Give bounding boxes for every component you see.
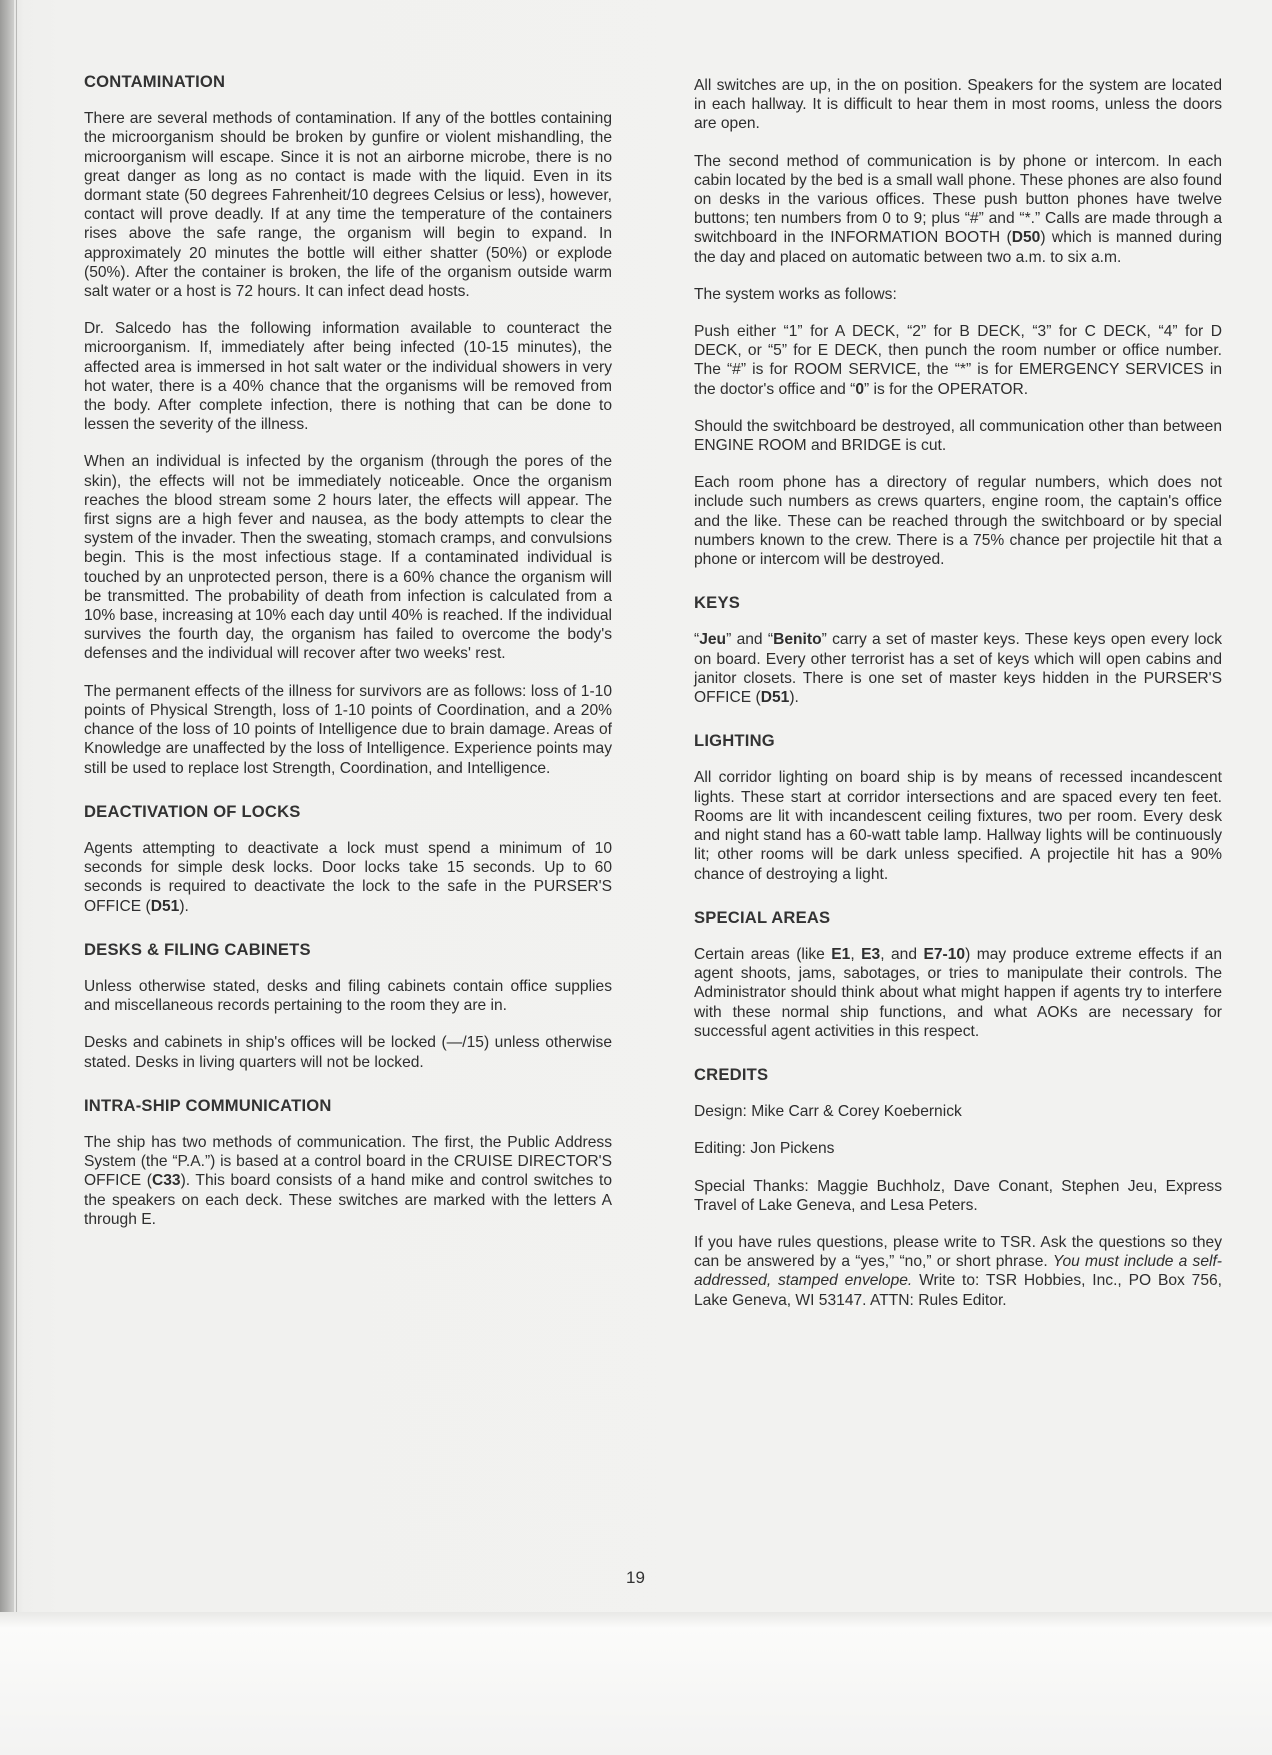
- heading-lighting: LIGHTING: [694, 731, 1222, 750]
- credit-editing: Editing: Jon Pickens: [694, 1139, 1222, 1158]
- page-number: 19: [626, 1568, 645, 1588]
- heading-special-areas: SPECIAL AREAS: [694, 908, 1222, 927]
- text: ).: [789, 689, 799, 706]
- room-code: E1: [831, 946, 850, 963]
- section-credits: CREDITS Design: Mike Carr & Corey Koeber…: [694, 1065, 1222, 1310]
- heading-keys: KEYS: [694, 593, 1222, 612]
- text: ,: [850, 946, 861, 963]
- text: ).: [179, 898, 189, 915]
- paragraph: Desks and cabinets in ship's offices wil…: [84, 1033, 612, 1071]
- character-name: Jeu: [699, 631, 726, 648]
- paragraph: Should the switchboard be destroyed, all…: [694, 417, 1222, 455]
- section-special-areas: SPECIAL AREAS Certain areas (like E1, E3…: [694, 908, 1222, 1041]
- room-code: D50: [1012, 229, 1041, 246]
- left-column: CONTAMINATION There are several methods …: [84, 72, 612, 1253]
- section-contamination: CONTAMINATION There are several methods …: [84, 72, 612, 778]
- credit-design: Design: Mike Carr & Corey Koebernick: [694, 1102, 1222, 1121]
- section-deactivation-of-locks: DEACTIVATION OF LOCKS Agents attempting …: [84, 802, 612, 916]
- paragraph: The system works as follows:: [694, 285, 1222, 304]
- room-code: E7-10: [923, 946, 965, 963]
- heading-intra-ship-communication: INTRA-SHIP COMMUNICATION: [84, 1096, 612, 1115]
- text: ” is for the OPERATOR.: [864, 381, 1028, 398]
- paragraph: All switches are up, in the on position.…: [694, 76, 1222, 134]
- paragraph: Agents attempting to deactivate a lock m…: [84, 839, 612, 916]
- text: ” and “: [726, 631, 773, 648]
- operator-key: 0: [855, 381, 864, 398]
- paragraph: The ship has two methods of communicatio…: [84, 1133, 612, 1229]
- heading-contamination: CONTAMINATION: [84, 72, 612, 91]
- section-intra-ship-communication: INTRA-SHIP COMMUNICATION The ship has tw…: [84, 1096, 612, 1229]
- paragraph: The permanent effects of the illness for…: [84, 682, 612, 778]
- heading-desks-filing-cabinets: DESKS & FILING CABINETS: [84, 940, 612, 959]
- room-code: D51: [761, 689, 790, 706]
- spine-fold-line: [16, 0, 17, 1620]
- section-lighting: LIGHTING All corridor lighting on board …: [694, 731, 1222, 883]
- paragraph: Each room phone has a directory of regul…: [694, 473, 1222, 569]
- section-keys: KEYS “Jeu” and “Benito” carry a set of m…: [694, 593, 1222, 707]
- scan-bottom-margin: [0, 1612, 1272, 1755]
- room-code: E3: [861, 946, 880, 963]
- room-code: C33: [152, 1172, 181, 1189]
- scanned-page: CONTAMINATION There are several methods …: [0, 0, 1272, 1620]
- credit-special-thanks: Special Thanks: Maggie Buchholz, Dave Co…: [694, 1177, 1222, 1215]
- paragraph: “Jeu” and “Benito” carry a set of master…: [694, 630, 1222, 707]
- paragraph: Unless otherwise stated, desks and filin…: [84, 977, 612, 1015]
- section-communication-continued: All switches are up, in the on position.…: [694, 76, 1222, 569]
- binding-spine: [0, 0, 14, 1620]
- heading-deactivation-of-locks: DEACTIVATION OF LOCKS: [84, 802, 612, 821]
- right-column: All switches are up, in the on position.…: [694, 76, 1222, 1334]
- paragraph: The second method of communication is by…: [694, 152, 1222, 267]
- paragraph: There are several methods of contaminati…: [84, 109, 612, 301]
- paragraph: All corridor lighting on board ship is b…: [694, 768, 1222, 883]
- text: Certain areas (like: [694, 946, 831, 963]
- text: , and: [880, 946, 923, 963]
- paragraph: Certain areas (like E1, E3, and E7-10) m…: [694, 945, 1222, 1041]
- section-desks-filing-cabinets: DESKS & FILING CABINETS Unless otherwise…: [84, 940, 612, 1072]
- paragraph: Push either “1” for A DECK, “2” for B DE…: [694, 322, 1222, 399]
- character-name: Benito: [773, 631, 822, 648]
- heading-credits: CREDITS: [694, 1065, 1222, 1084]
- rules-questions: If you have rules questions, please writ…: [694, 1233, 1222, 1310]
- paragraph: When an individual is infected by the or…: [84, 452, 612, 663]
- paragraph: Dr. Salcedo has the following informatio…: [84, 319, 612, 434]
- room-code: D51: [151, 898, 180, 915]
